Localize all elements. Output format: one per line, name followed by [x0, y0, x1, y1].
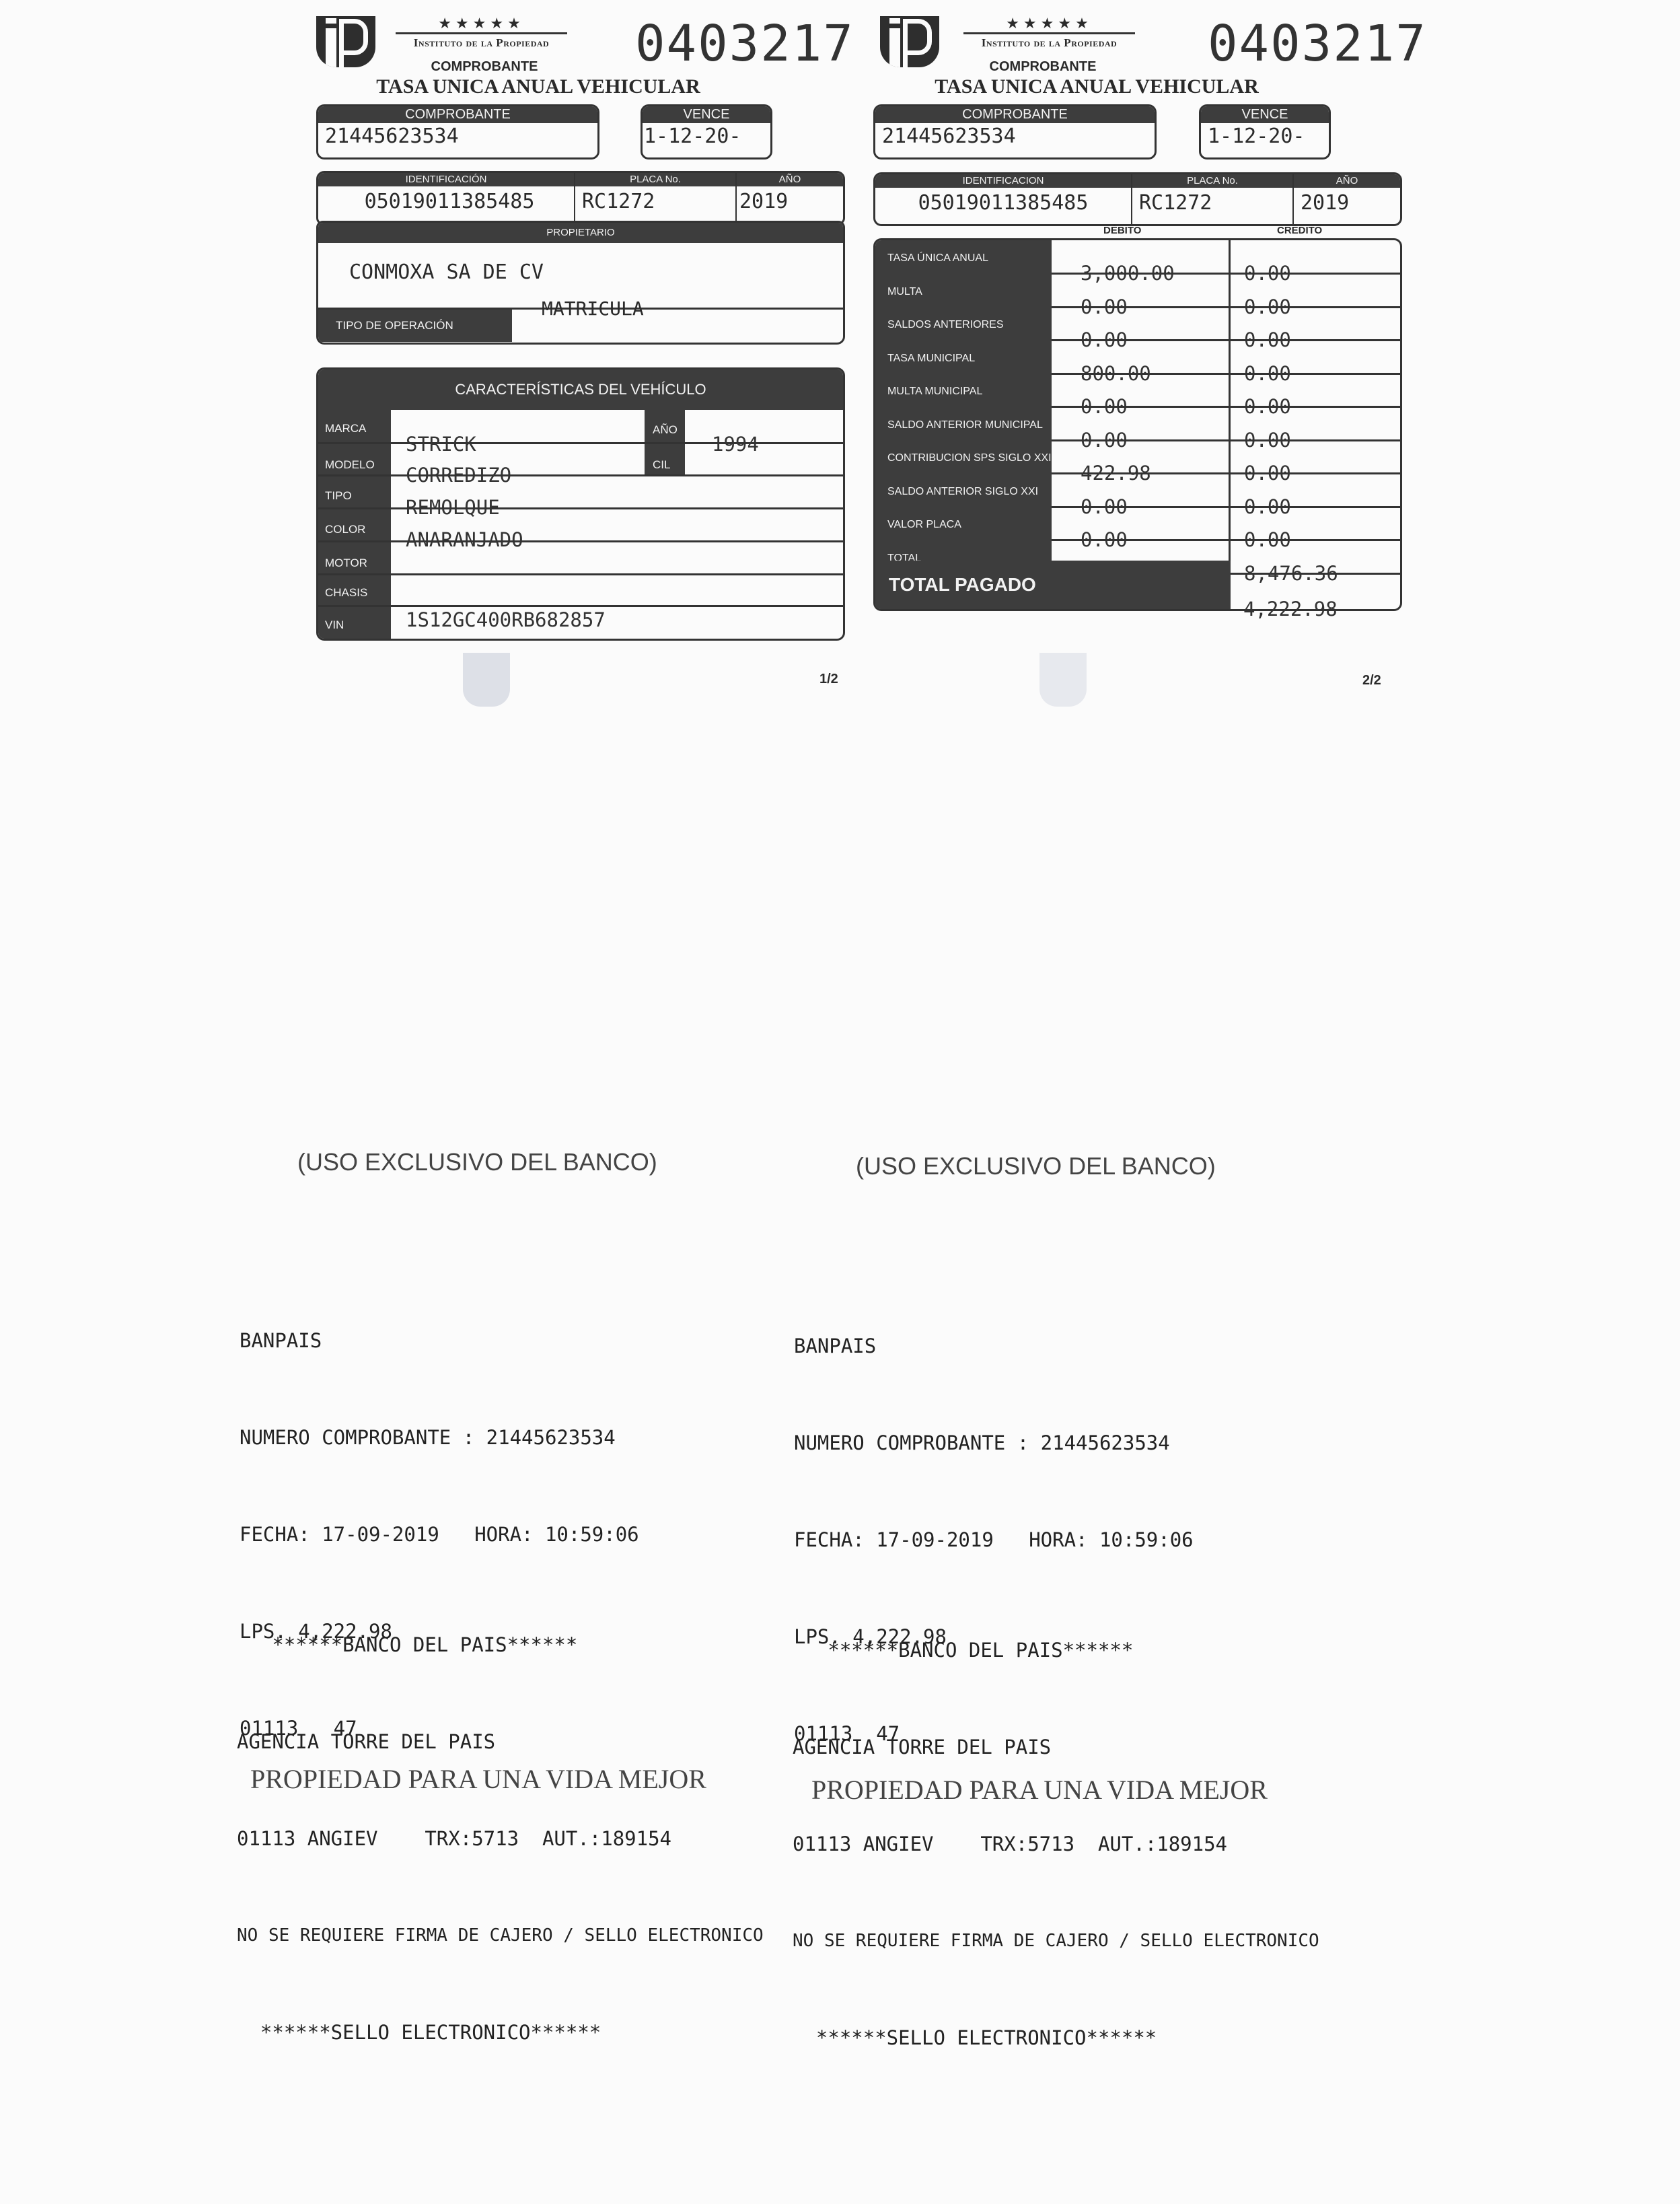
folio-number: 0403217	[1208, 15, 1427, 73]
cargo-label: MULTA MUNICIPAL	[887, 386, 982, 398]
cargo-credito: 0.00	[1244, 362, 1291, 385]
watermark-logo-icon	[1039, 653, 1087, 707]
institution-header: ★★★★★ Instituto de la Propiedad	[963, 16, 1135, 50]
seal-note: NO SE REQUIERE FIRMA DE CAJERO / SELLO E…	[237, 1919, 764, 1952]
seal-agencia: AGENCIA TORRE DEL PAIS	[237, 1726, 764, 1758]
comprobante-value: 21445623534	[875, 123, 1155, 150]
identificacion-box: IDENTIFICACIÓN 05019011385485 PLACA No. …	[316, 171, 845, 225]
cargo-credito: 0.00	[1244, 429, 1291, 452]
cargo-debito: 0.00	[1081, 528, 1128, 551]
tipo-operacion-value: MATRICULA	[512, 297, 644, 342]
tipo-label: TIPO	[325, 489, 352, 503]
uso-exclusivo-banco-label: (USO EXCLUSIVO DEL BANCO)	[297, 1148, 657, 1176]
anio-label: AÑO	[1294, 174, 1400, 188]
comprobante-label: COMPROBANTE	[875, 106, 1155, 123]
bank-seal: ******BANCO DEL PAIS****** AGENCIA TORRE…	[793, 1569, 1319, 2119]
cargo-label: SALDOS ANTERIORES	[887, 319, 1004, 331]
cargo-credito: 0.00	[1244, 262, 1291, 285]
cargo-label: SALDO ANTERIOR MUNICIPAL	[887, 419, 1043, 431]
cargo-credito: 0.00	[1244, 462, 1291, 485]
folio-number: 0403217	[635, 15, 854, 73]
anio-value: 2019	[1294, 188, 1400, 219]
cargo-debito: 800.00	[1081, 362, 1151, 385]
document-title: TASA UNICA ANUAL VEHICULAR	[350, 75, 727, 98]
slogan: PROPIEDAD PARA UNA VIDA MEJOR	[811, 1774, 1268, 1806]
vin-value: 1S12GC400RB682857	[406, 608, 606, 631]
vehiculo-anio-value: 1994	[712, 433, 759, 456]
seal-electronico: ******SELLO ELECTRONICO******	[237, 2016, 764, 2049]
debito-label: DÉBITO	[1103, 225, 1141, 236]
document-title: TASA UNICA ANUAL VEHICULAR	[908, 75, 1285, 98]
seal-agencia: AGENCIA TORRE DEL PAIS	[793, 1731, 1319, 1763]
marca-value: STRICK	[406, 433, 476, 456]
placa-label: PLACA No.	[1132, 174, 1292, 188]
cil-label: CIL	[653, 458, 670, 472]
seal-electronico: ******SELLO ELECTRONICO******	[793, 2022, 1319, 2054]
cargo-debito: 422.98	[1081, 462, 1151, 485]
vehiculo-anio-label: AÑO	[653, 423, 678, 437]
placa-label: PLACA No.	[575, 173, 735, 186]
comprobante-label: COMPROBANTE	[318, 106, 597, 123]
cargo-credito: 0.00	[1244, 295, 1291, 318]
marca-label: MARCA	[325, 422, 366, 435]
vence-label: VENCE	[1201, 106, 1329, 123]
watermark-logo-icon	[463, 653, 510, 707]
cargo-debito: 3,000.00	[1081, 262, 1175, 285]
comprobante-box: COMPROBANTE 21445623534	[316, 104, 599, 159]
placa-value: RC1272	[575, 186, 735, 217]
modelo-value: CORREDIZO	[406, 464, 511, 487]
anio-label: AÑO	[737, 173, 843, 186]
seal-bank-name: ******BANCO DEL PAIS******	[237, 1629, 764, 1661]
seal-bank-name: ******BANCO DEL PAIS******	[793, 1634, 1319, 1666]
page-number: 1/2	[819, 672, 838, 687]
tipo-operacion-label: TIPO DE OPERACIÓN	[318, 310, 512, 342]
cargo-debito: 0.00	[1081, 429, 1128, 452]
vence-box: VENCE 1-12-20-	[641, 104, 772, 159]
bank-name: BANPAIS	[240, 1324, 639, 1357]
propietario-label: PROPIETARIO	[318, 223, 843, 243]
cargo-credito: 0.00	[1244, 328, 1291, 351]
placa-value: RC1272	[1132, 188, 1292, 219]
vence-value: 1-12-20-	[643, 123, 770, 150]
institution-name: Instituto de la Propiedad	[396, 36, 567, 50]
identificacion-value: 05019011385485	[318, 186, 574, 217]
vehiculo-title: CARACTERÍSTICAS DEL VEHÍCULO	[318, 369, 843, 410]
bank-name: BANPAIS	[794, 1330, 1194, 1362]
cargo-credito: 0.00	[1244, 528, 1291, 551]
cargo-credito: 8,476.36	[1244, 562, 1338, 585]
stars-icon: ★★★★★	[396, 16, 567, 31]
seal-note: NO SE REQUIERE FIRMA DE CAJERO / SELLO E…	[793, 1925, 1319, 1957]
numero-comprobante: NUMERO COMPROBANTE : 21445623534	[794, 1427, 1194, 1459]
vin-label: VIN	[325, 618, 344, 632]
cargo-debito: 0.00	[1081, 328, 1128, 351]
cargo-label: CONTRIBUCION SPS SIGLO XXI	[887, 452, 1052, 464]
cargo-label: TASA MUNICIPAL	[887, 353, 975, 365]
seal-trx: 01113 ANGIEV TRX:5713 AUT.:189154	[793, 1828, 1319, 1860]
comprobante-value: 21445623534	[318, 123, 597, 150]
bank-seal: ******BANCO DEL PAIS****** AGENCIA TORRE…	[237, 1564, 764, 2113]
fecha-hora: FECHA: 17-09-2019 HORA: 10:59:06	[794, 1524, 1194, 1556]
institution-header: ★★★★★ Instituto de la Propiedad	[396, 16, 567, 50]
page-number: 2/2	[1362, 673, 1381, 688]
identificacion-label: IDENTIFICACION	[875, 174, 1131, 188]
fecha-hora: FECHA: 17-09-2019 HORA: 10:59:06	[240, 1518, 639, 1551]
total-pagado-value: 4,222.98	[1243, 598, 1338, 620]
cargo-label: SALDO ANTERIOR SIGLO XXI	[887, 486, 1038, 498]
comprobante-title: COMPROBANTE	[350, 59, 619, 75]
seal-trx: 01113 ANGIEV TRX:5713 AUT.:189154	[237, 1822, 764, 1855]
vence-value: 1-12-20-	[1201, 123, 1329, 150]
tipo-value: REMOLQUE	[406, 496, 500, 519]
uso-exclusivo-banco-label: (USO EXCLUSIVO DEL BANCO)	[856, 1152, 1216, 1180]
vehiculo-box: CARACTERÍSTICAS DEL VEHÍCULO MARCA MODEL…	[316, 367, 845, 641]
institution-name: Instituto de la Propiedad	[963, 36, 1135, 50]
slogan: PROPIEDAD PARA UNA VIDA MEJOR	[250, 1763, 706, 1795]
numero-comprobante: NUMERO COMPROBANTE : 21445623534	[240, 1421, 639, 1454]
propietario-box: PROPIETARIO CONMOXA SA DE CV TIPO DE OPE…	[316, 221, 845, 345]
motor-label: MOTOR	[325, 557, 367, 570]
cargo-debito: 0.00	[1081, 395, 1128, 418]
comprobante-title: COMPROBANTE	[908, 59, 1177, 75]
vence-box: VENCE 1-12-20-	[1199, 104, 1331, 159]
cargo-debito: 0.00	[1081, 495, 1128, 518]
stars-icon: ★★★★★	[963, 16, 1135, 31]
cargo-label: VALOR PLACA	[887, 519, 961, 531]
cargos-table: TASA ÚNICA ANUAL3,000.000.00MULTA0.000.0…	[873, 238, 1402, 611]
color-value: ANARANJADO	[406, 528, 523, 551]
total-pagado-label: TOTAL PAGADO	[875, 561, 1231, 609]
identificacion-value: 05019011385485	[875, 188, 1131, 219]
credito-label: CRÉDITO	[1277, 225, 1322, 236]
chasis-label: CHASIS	[325, 586, 367, 600]
cargo-label: TASA ÚNICA ANUAL	[887, 252, 988, 264]
cargo-debito: 0.00	[1081, 295, 1128, 318]
comprobante-box: COMPROBANTE 21445623534	[873, 104, 1157, 159]
identificacion-box: IDENTIFICACION 05019011385485 PLACA No. …	[873, 172, 1402, 226]
cargo-credito: 0.00	[1244, 495, 1291, 518]
vence-label: VENCE	[643, 106, 770, 123]
cargo-label: MULTA	[887, 286, 922, 298]
cargo-credito: 0.00	[1244, 395, 1291, 418]
identificacion-label: IDENTIFICACIÓN	[318, 173, 574, 186]
modelo-label: MODELO	[325, 458, 375, 472]
anio-value: 2019	[737, 186, 843, 217]
color-label: COLOR	[325, 523, 365, 536]
